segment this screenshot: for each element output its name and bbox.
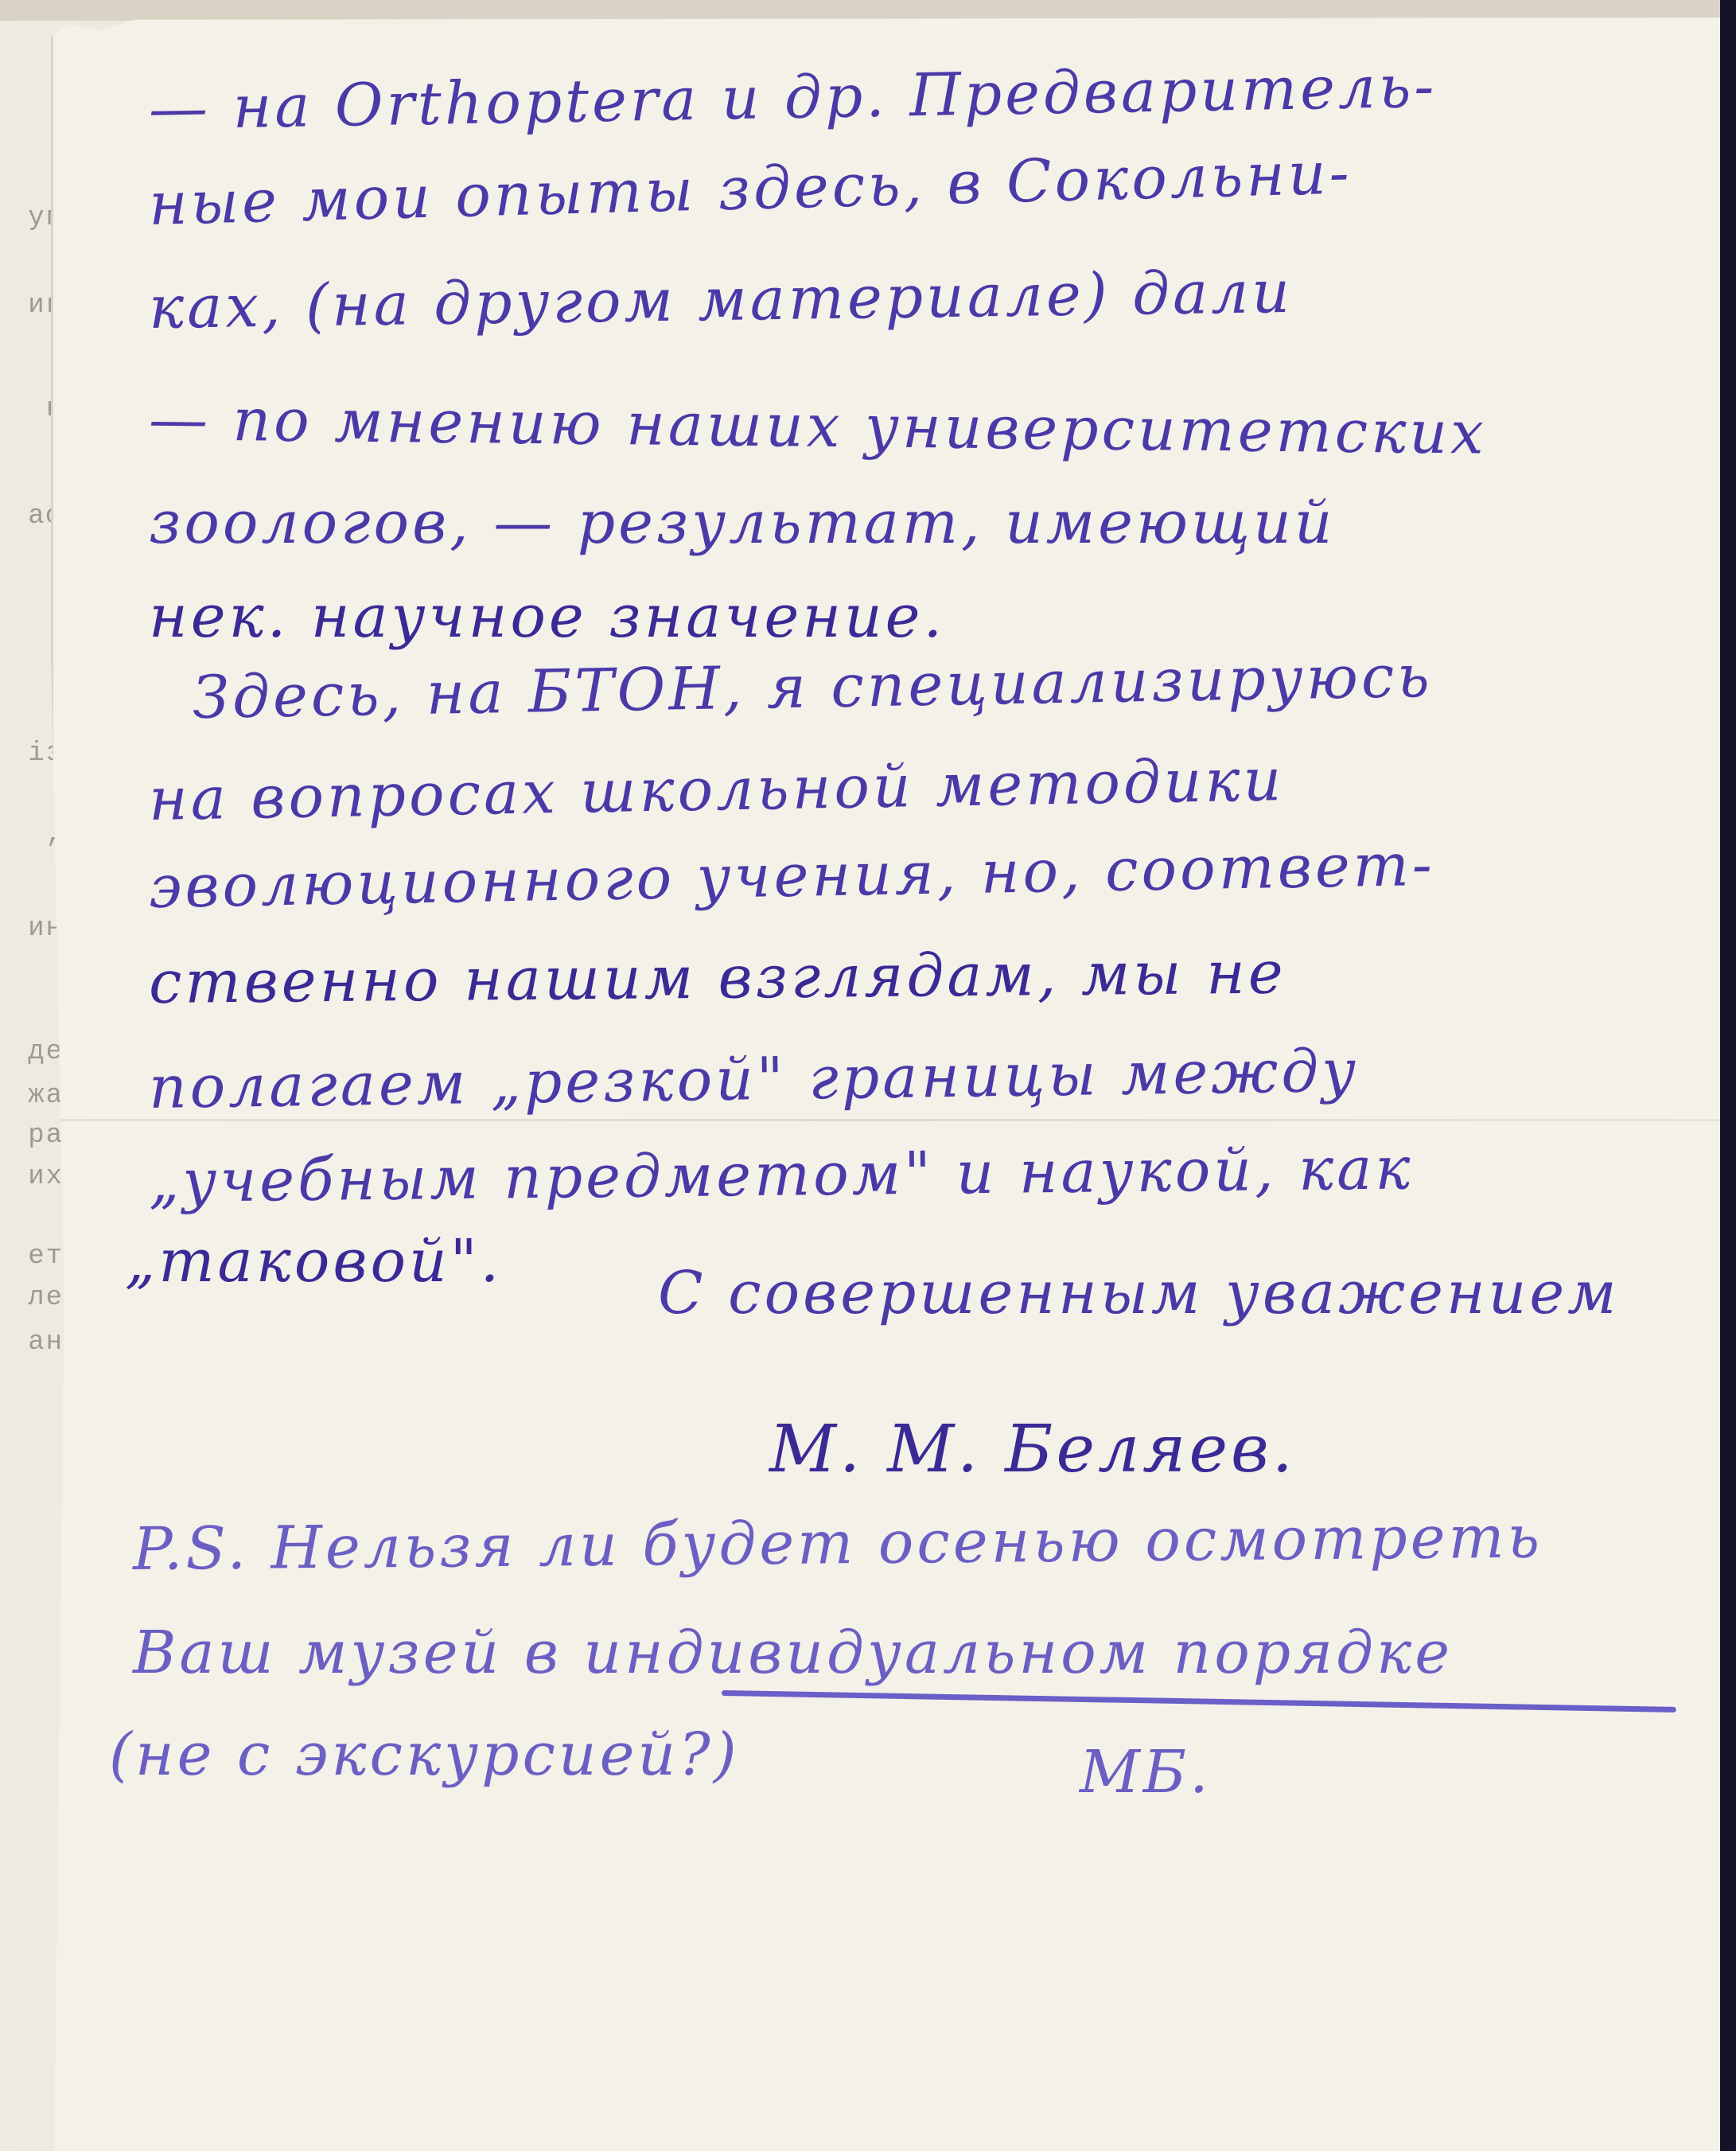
letter-line: эволюционного учения, но, соответ-: [148, 831, 1435, 922]
typed-fragment: ,: [0, 820, 64, 850]
letter-signature: М. М. Беляев.: [769, 1412, 1296, 1487]
typed-fragment: жа: [0, 1081, 64, 1111]
typed-fragment: де: [0, 1037, 64, 1067]
letter-line: ные мои опыты здесь, в Сокольни-: [148, 138, 1353, 239]
letter-line: „учебным предметом" и наукой, как: [149, 1134, 1414, 1216]
postscript-underline: [722, 1690, 1676, 1713]
typed-fragment: ан: [0, 1327, 64, 1358]
scan-border: [1720, 0, 1736, 2151]
letter-line: полагаем „резкой" границы между: [148, 1037, 1359, 1122]
postscript-line: (не с экскурсией?): [109, 1720, 740, 1789]
letter-line: — на Orthoptera и др. Предваритель-: [148, 53, 1438, 143]
page-top-edge: [0, 0, 1720, 21]
letter-line: Здесь, на БТОН, я специализируюсь: [192, 642, 1433, 732]
letter-line: „таковой".: [125, 1227, 502, 1296]
letter-line: ках, (на другом материале) дали: [148, 258, 1293, 342]
postscript-initials: МБ.: [1080, 1738, 1212, 1806]
letter-line: на вопросах школьной методики: [148, 746, 1285, 834]
typed-fragment: ле: [0, 1283, 64, 1313]
postscript-line: P.S. Нельзя ли будет осенью осмотреть: [133, 1503, 1543, 1584]
letter-closing: С совершенным уважением: [658, 1259, 1619, 1327]
letter-line: ственно нашим взглядам, мы не: [149, 939, 1286, 1017]
letter-line: нек. научное значение.: [149, 583, 945, 651]
typed-fragment: ра: [0, 1120, 64, 1151]
letter-line: — по мнению наших университетских: [149, 385, 1488, 468]
letter-line: зоологов, — результат, имеющий: [149, 489, 1335, 557]
typed-fragment: ет: [0, 1241, 64, 1272]
typed-fragment: их: [0, 1162, 64, 1192]
postscript-line: Ваш музей в индивидуальном порядке: [133, 1619, 1453, 1687]
handwritten-letter-sheet: — на Orthoptera и др. Предваритель- ные …: [51, 11, 1722, 2151]
typed-fragment: ин: [0, 914, 64, 944]
